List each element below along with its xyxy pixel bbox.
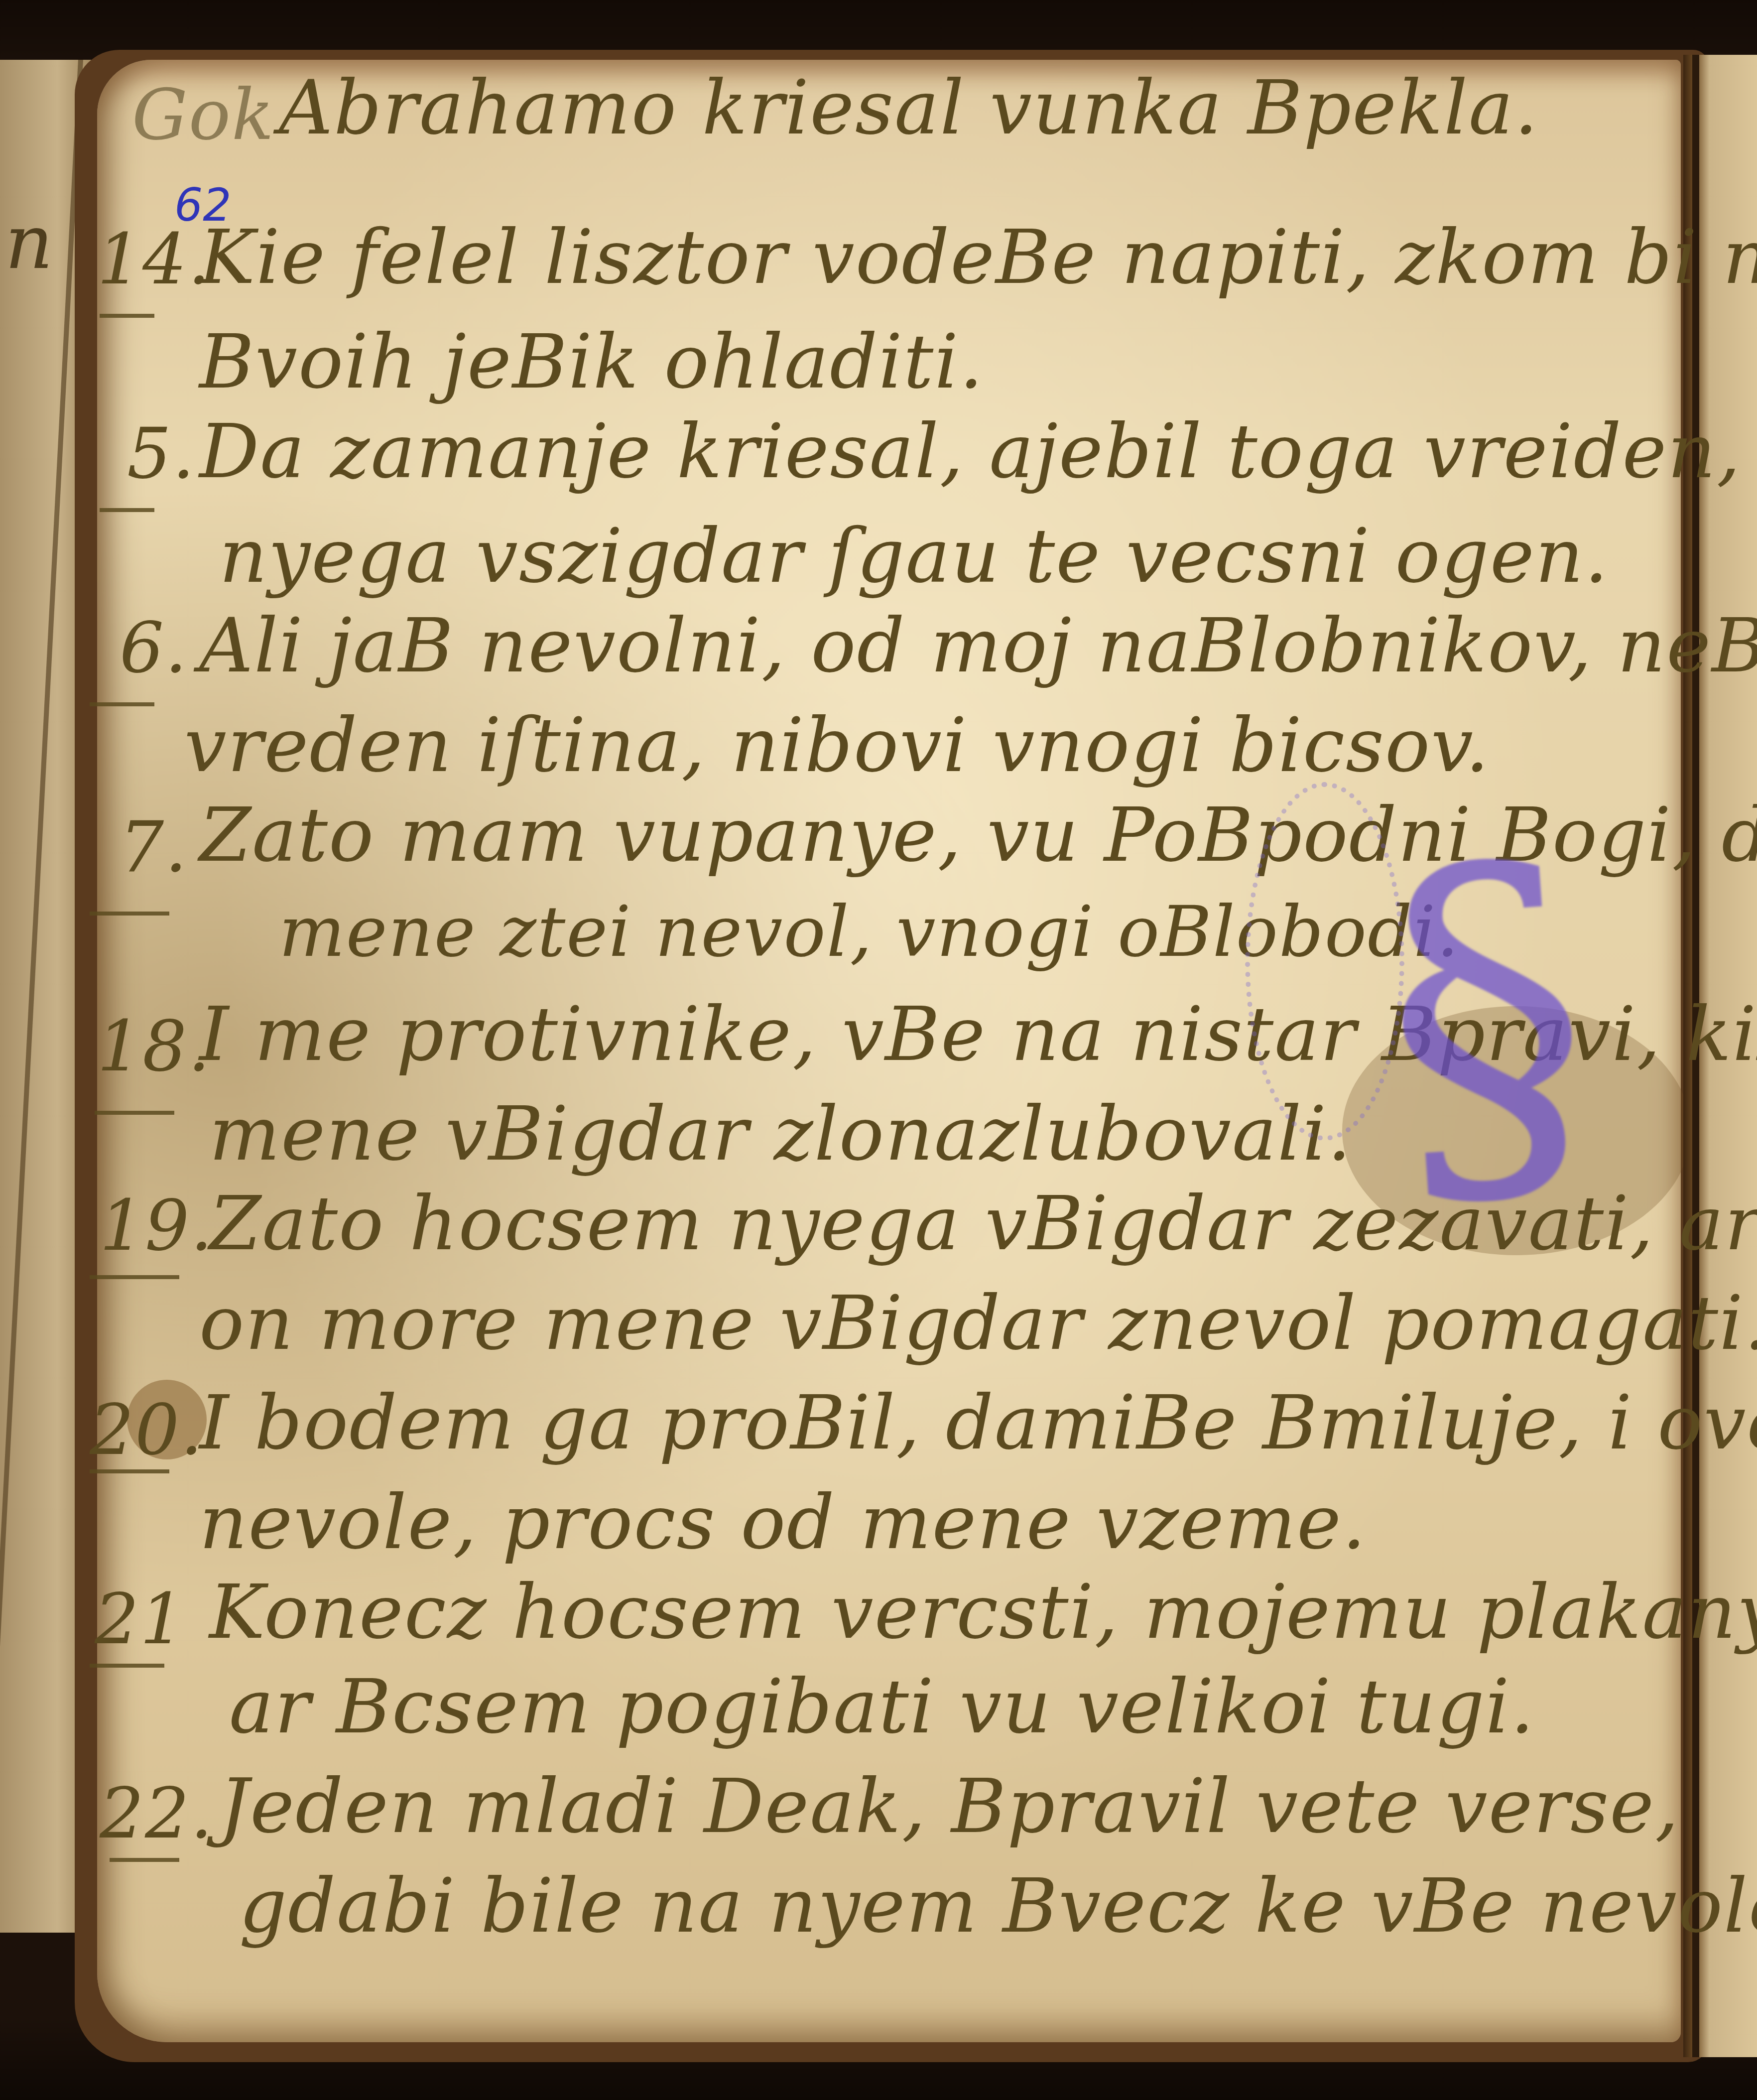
verse-number-underline xyxy=(110,1858,179,1862)
verse-line: Jeden mladi Deak, Bpravil vete verse, xyxy=(219,1763,1680,1850)
verse-number-underline xyxy=(95,1111,174,1115)
verse-line: nevole, procs od mene vzeme. xyxy=(199,1479,1367,1566)
verse-line: Konecz hocsem vercsti, mojemu plakanyu, xyxy=(209,1569,1757,1656)
verse-number: 20. xyxy=(90,1390,204,1471)
previous-page-text-fragment: n xyxy=(5,199,53,286)
page-heading: Abrahamo kriesal vunka Bpekla. xyxy=(279,65,1539,151)
verse-line: I bodem ga proBil, damiBe Bmiluje, i ove xyxy=(199,1380,1757,1466)
verse-number-underline xyxy=(90,912,169,916)
verse-number: 14. xyxy=(97,219,211,300)
verse-number: 22. xyxy=(100,1773,214,1854)
verse-line: Da zamanje kriesal, ajebil toga vreiden,… xyxy=(199,408,1757,495)
verse-number-underline xyxy=(100,508,154,512)
verse-number: 5. xyxy=(127,413,196,495)
verse-line: nyega vszigdar ſgau te vecsni ogen. xyxy=(219,513,1609,600)
margin-rule xyxy=(0,60,83,1903)
verse-number: 7. xyxy=(120,807,188,888)
verse-line: mene vBigdar zlonazlubovali. xyxy=(209,1091,1352,1178)
verse-number-underline xyxy=(90,1664,164,1668)
verse-line: vreden iſtina, nibovi vnogi bicsov. xyxy=(184,702,1490,789)
verse-number-underline xyxy=(90,1469,169,1473)
verse-number: 18. xyxy=(97,1006,211,1087)
verse-number: 19. xyxy=(100,1185,214,1267)
verse-line: Kie felel lisztor vodeBe napiti, zkom bi… xyxy=(199,214,1757,301)
verse-line: gdabi bile na nyem Bvecz ke vBe nevole. xyxy=(239,1863,1757,1950)
verse-number: 6. xyxy=(120,608,188,689)
verse-number-underline xyxy=(90,1275,179,1279)
verse-line: on more mene vBigdar znevol pomagati. xyxy=(199,1280,1757,1367)
verse-line: Bvoih jeBik ohladiti. xyxy=(199,319,984,405)
section-stamp-icon: § xyxy=(1371,810,1603,1232)
heading-prefix: Gok xyxy=(132,75,275,156)
verse-line: Ali jaB nevolni, od moj naBlobnikov, neB… xyxy=(199,603,1757,689)
verse-number: 21 xyxy=(95,1579,185,1660)
verse-line: ar Bcsem pogibati vu velikoi tugi. xyxy=(229,1664,1535,1750)
verse-number-underline xyxy=(90,702,154,706)
verse-number-underline xyxy=(100,314,154,318)
